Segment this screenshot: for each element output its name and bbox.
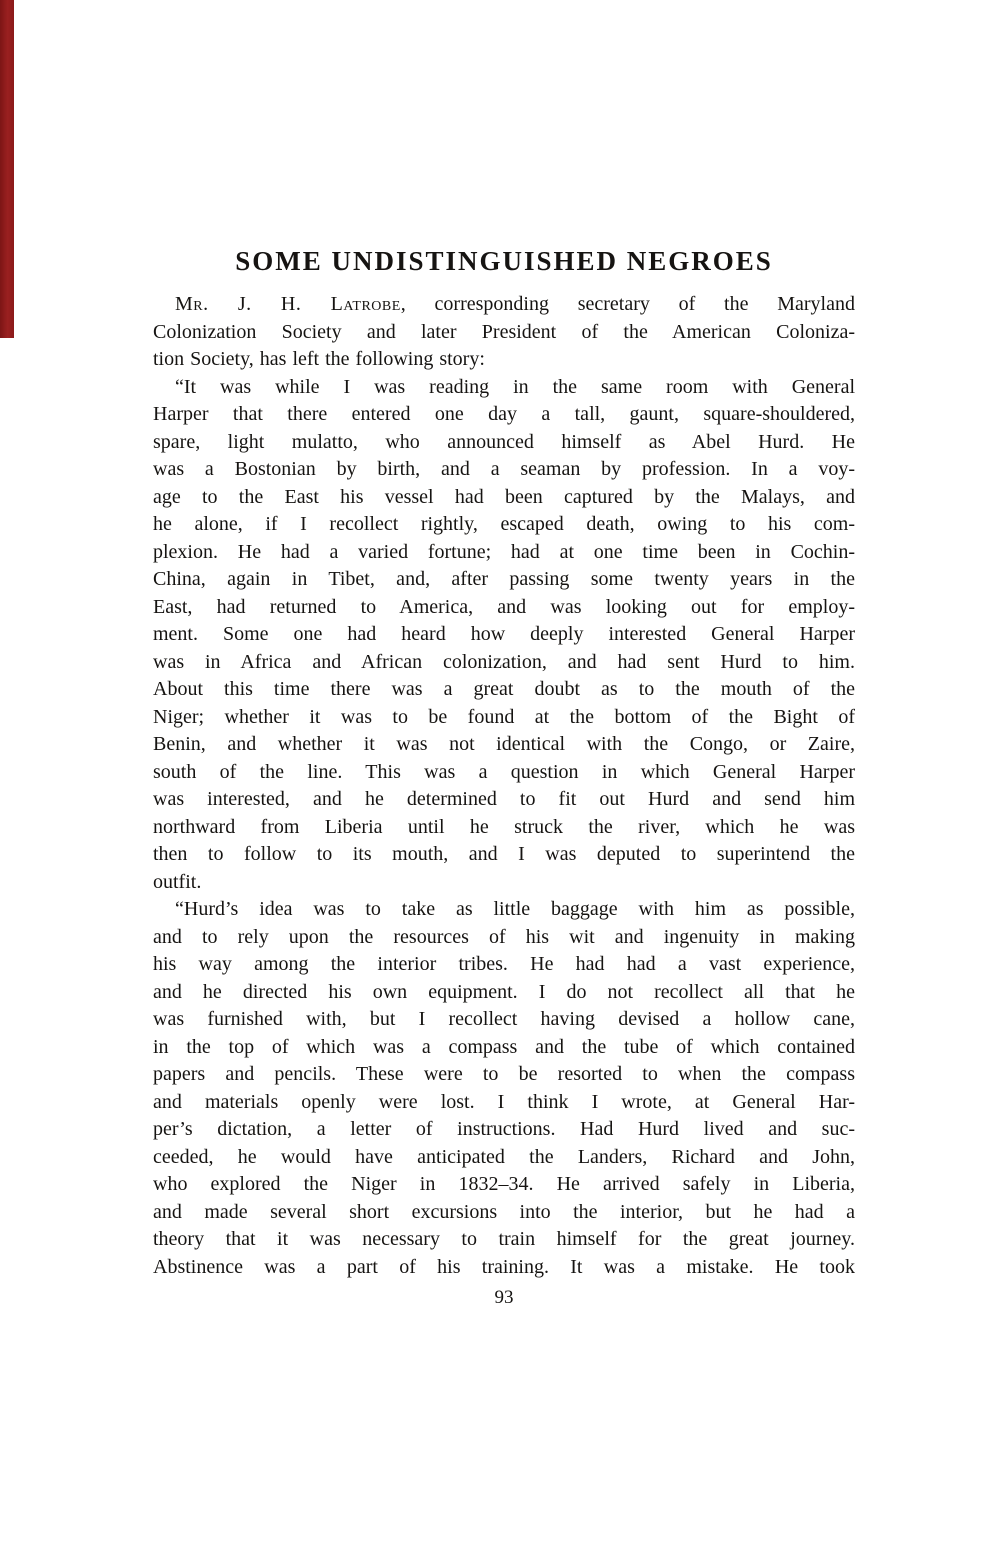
text-line: was in Africa and African colonization, … [153,649,855,677]
page-content: SOME UNDISTINGUISHED NEGROES Mr. J. H. L… [153,246,855,1281]
author-name-smallcaps: Mr. J. H. Latrobe [175,293,401,315]
text-line: ment. Some one had heard how deeply inte… [153,621,855,649]
text-line: was a Bostonian by birth, and a seaman b… [153,456,855,484]
text-line: then to follow to its mouth, and I was d… [153,841,855,869]
text-line: was interested, and he determined to fit… [153,786,855,814]
scanned-book-page: SOME UNDISTINGUISHED NEGROES Mr. J. H. L… [0,0,1000,1553]
text-line: About this time there was a great doubt … [153,676,855,704]
text-line: spare, light mulatto, who announced hims… [153,429,855,457]
text-line: in the top of which was a compass and th… [153,1034,855,1062]
page-number: 93 [153,1286,855,1310]
text-line: per’s dictation, a letter of instruction… [153,1116,855,1144]
text-line: and to rely upon the resources of his wi… [153,924,855,952]
text-line: “Hurd’s idea was to take as little bagga… [153,896,855,924]
text-line: ceeded, he would have anticipated the La… [153,1144,855,1172]
text-line: “It was while I was reading in the same … [153,374,855,402]
text-line: plexion. He had a varied fortune; had at… [153,539,855,567]
text-line: Abstinence was a part of his training. I… [153,1254,855,1282]
text-line: outfit. [153,869,855,897]
text-line: Benin, and whether it was not identical … [153,731,855,759]
text-line: theory that it was necessary to train hi… [153,1226,855,1254]
text-line: papers and pencils. These were to be res… [153,1061,855,1089]
text-line: his way among the interior tribes. He ha… [153,951,855,979]
text-line: Mr. J. H. Latrobe, corresponding secreta… [153,291,855,319]
text-line: he alone, if I recollect rightly, escape… [153,511,855,539]
text-line: Colonization Society and later President… [153,319,855,347]
text-line: was furnished with, but I recollect havi… [153,1006,855,1034]
scan-edge-artifact [0,0,14,338]
text-line: south of the line. This was a question i… [153,759,855,787]
text-line: northward from Liberia until he struck t… [153,814,855,842]
text-line: China, again in Tibet, and, after passin… [153,566,855,594]
text-line: and materials openly were lost. I think … [153,1089,855,1117]
text-line: East, had returned to America, and was l… [153,594,855,622]
text-line: Niger; whether it was to be found at the… [153,704,855,732]
text-line: and he directed his own equipment. I do … [153,979,855,1007]
text-line: who explored the Niger in 1832–34. He ar… [153,1171,855,1199]
page-body: Mr. J. H. Latrobe, corresponding secreta… [153,291,855,1281]
text-line: and made several short excursions into t… [153,1199,855,1227]
text-line: Harper that there entered one day a tall… [153,401,855,429]
page-title: SOME UNDISTINGUISHED NEGROES [153,246,855,276]
text-line: tion Society, has left the following sto… [153,346,855,374]
text-line: age to the East his vessel had been capt… [153,484,855,512]
